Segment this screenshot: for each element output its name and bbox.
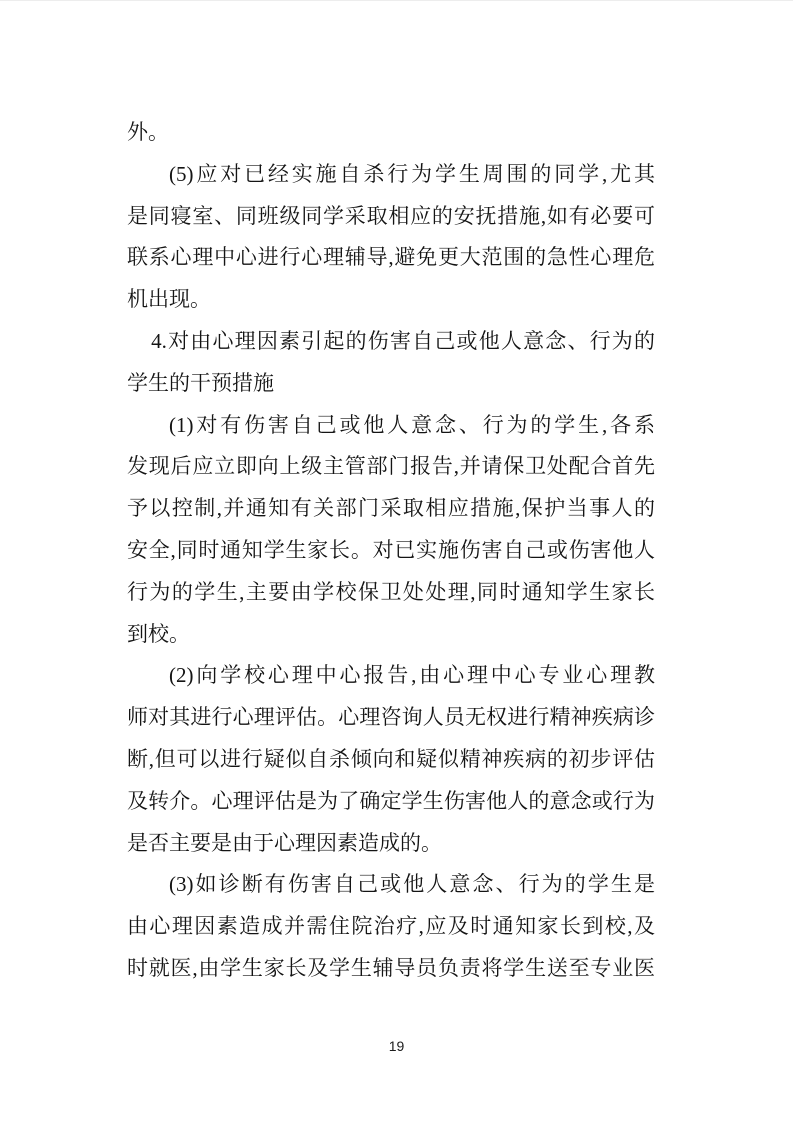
document-page: 外。 (5)应对已经实施自杀行为学生周围的同学,尤其 是同寝室、同班级同学采取相… [0, 0, 793, 1122]
text-line: 师对其进行心理评估。心理咨询人员无权进行精神疾病诊 [127, 697, 655, 739]
text-line: 到校。 [127, 614, 655, 656]
text-line: 机出现。 [127, 279, 655, 321]
text-line: 是否主要是由于心理因素造成的。 [127, 823, 655, 865]
text-line: (3)如诊断有伤害自己或他人意念、行为的学生是 [127, 864, 655, 906]
text-line: (5)应对已经实施自杀行为学生周围的同学,尤其 [127, 154, 655, 196]
text-line: 安全,同时通知学生家长。对已实施伤害自己或伤害他人 [127, 530, 655, 572]
text-line: 及转介。心理评估是为了确定学生伤害他人的意念或行为 [127, 781, 655, 823]
page-number: 19 [0, 1038, 793, 1054]
text-line: (2)向学校心理中心报告,由心理中心专业心理教 [127, 655, 655, 697]
text-line: 联系心理中心进行心理辅导,避免更大范围的急性心理危 [127, 237, 655, 279]
text-line: 时就医,由学生家长及学生辅导员负责将学生送至专业医 [127, 948, 655, 990]
text-line: 4.对由心理因素引起的伤害自己或他人意念、行为的 [127, 321, 655, 363]
text-line: 是同寝室、同班级同学采取相应的安抚措施,如有必要可 [127, 196, 655, 238]
text-line: 发现后应立即向上级主管部门报告,并请保卫处配合首先 [127, 446, 655, 488]
text-line: 断,但可以进行疑似自杀倾向和疑似精神疾病的初步评估 [127, 739, 655, 781]
text-line: 学生的干预措施 [127, 363, 655, 405]
text-line: 予以控制,并通知有关部门采取相应措施,保护当事人的 [127, 488, 655, 530]
text-line: (1)对有伤害自己或他人意念、行为的学生,各系 [127, 405, 655, 447]
document-text-block: 外。 (5)应对已经实施自杀行为学生周围的同学,尤其 是同寝室、同班级同学采取相… [127, 112, 655, 990]
text-line: 由心理因素造成并需住院治疗,应及时通知家长到校,及 [127, 906, 655, 948]
text-line: 外。 [127, 112, 655, 154]
text-line: 行为的学生,主要由学校保卫处处理,同时通知学生家长 [127, 572, 655, 614]
